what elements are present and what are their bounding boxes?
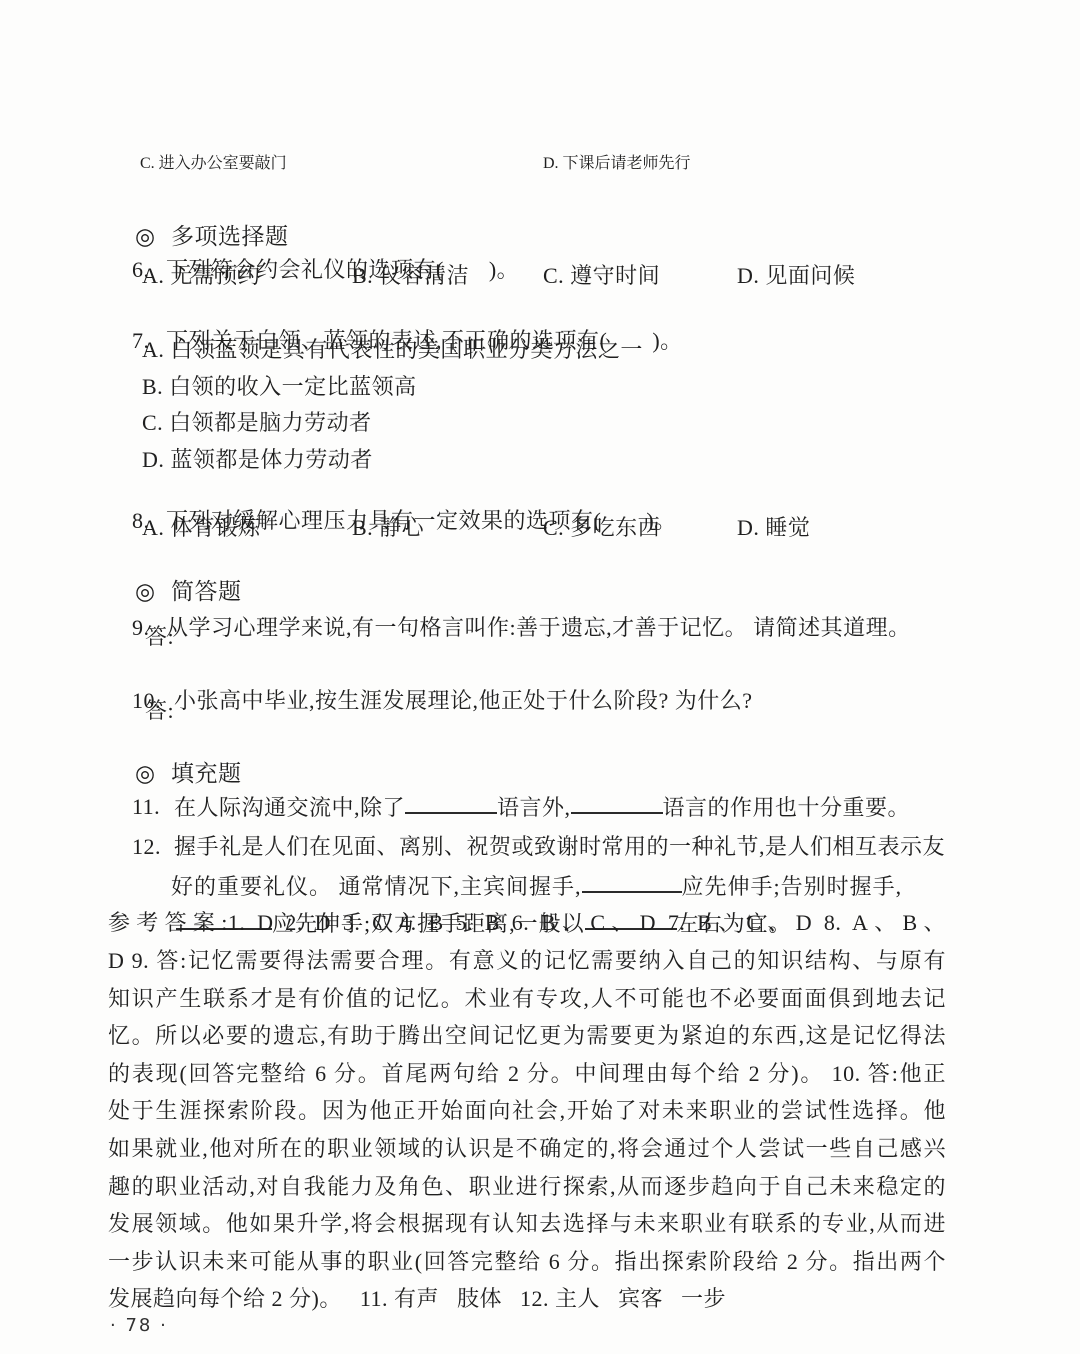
answer-key-line: 发展趋向每个给 2 分)。 11. 有声 肢体 12. 主人 宾客 一步 (108, 1285, 726, 1313)
document-page: C. 进入办公室要敲门 D. 下课后请老师先行 ◎多项选择题 6.下列符合约会礼… (0, 0, 1080, 1354)
question-9: 9.从学习心理学来说,有一句格言叫作:善于遗忘,才善于记忆。 请简述其道理。 (108, 586, 911, 669)
answer-key-line: 如果就业,他对所在的职业领域的认识是不确定的,将会通过个人尝试一些自己感兴 (108, 1135, 946, 1163)
answer-key-line: 忆。所以必要的遗忘,有助于腾出空间记忆更为需要更为紧迫的东西,这是记忆得法 (108, 1022, 946, 1050)
option-c: C. 进入办公室要敲门 (140, 150, 287, 173)
option-c: C. 遵守时间 (543, 262, 660, 290)
question-text: 从学习心理学来说,有一句格言叫作:善于遗忘,才善于记忆。 请简述其道理。 (166, 615, 911, 640)
answer-key-line: 的表现(回答完整给 6 分。首尾两句给 2 分。中间理由每个给 2 分)。 10… (108, 1060, 946, 1088)
question-text: 小张高中毕业,按生涯发展理论,他正处于什么阶段? 为什么? (174, 688, 753, 713)
question-10: 10.小张高中毕业,按生涯发展理论,他正处于什么阶段? 为什么? (108, 659, 753, 742)
question-7-option-c: C. 白领都是脑力劳动者 (142, 409, 372, 437)
question-9-answer-label: 答: (145, 623, 174, 651)
question-7-option-d: D. 蓝领都是体力劳动者 (142, 446, 373, 474)
question-8-options-row: A. 体育锻炼 B. 静心 C. 多吃东西 D. 睡觉 (0, 514, 960, 544)
question-6-options-row: A. 无需预约 B. 仪容清洁 C. 遵守时间 D. 见面问候 (0, 262, 960, 292)
option-d: D. 下课后请老师先行 (543, 150, 691, 173)
option-d: D. 睡觉 (737, 514, 810, 542)
answer-key-line: 发展领域。他如果升学,将会根据现有认知去选择与未来职业有联系的专业,从而进 (108, 1210, 946, 1238)
answer-key-line: 趣的职业活动,对自我能力及角色、职业进行探索,从而逐步趋向于自己未来稳定的 (108, 1173, 946, 1201)
prev-question-options-row: C. 进入办公室要敲门 D. 下课后请老师先行 (0, 150, 960, 180)
option-a: A. 体育锻炼 (142, 514, 260, 542)
option-a: A. 无需预约 (142, 262, 260, 290)
option-c: C. 多吃东西 (543, 514, 660, 542)
question-7-option-a: A. 白领蓝领是具有代表性的美国职业分类方法之一 (142, 336, 643, 364)
option-b: B. 仪容清洁 (352, 262, 469, 290)
answer-key-line: D 9. 答:记忆需要得法需要合理。有意义的记忆需要纳入自己的知识结构、与原有 (108, 947, 946, 975)
question-7-option-b: B. 白领的收入一定比蓝领高 (142, 373, 417, 401)
page-number: · 78 · (110, 1315, 168, 1336)
answer-key-line: 一步认识未来可能从事的职业(回答完整给 6 分。指出探索阶段给 2 分。指出两个 (108, 1248, 946, 1276)
option-d: D. 见面问候 (737, 262, 855, 290)
answer-key-line: 参考答案:1. D 2. D 3. C 4. B 5. B 6. B、C、D 7… (108, 909, 946, 937)
question-10-answer-label: 答: (145, 697, 174, 725)
answer-key-line: 处于生涯探索阶段。因为他正开始面向社会,开始了对未来职业的尝试性选择。他 (108, 1097, 946, 1125)
option-b: B. 静心 (352, 514, 424, 542)
answer-key-line: 知识产生联系才是有价值的记忆。术业有专攻,人不可能也不必要面面俱到地去记 (108, 985, 946, 1013)
